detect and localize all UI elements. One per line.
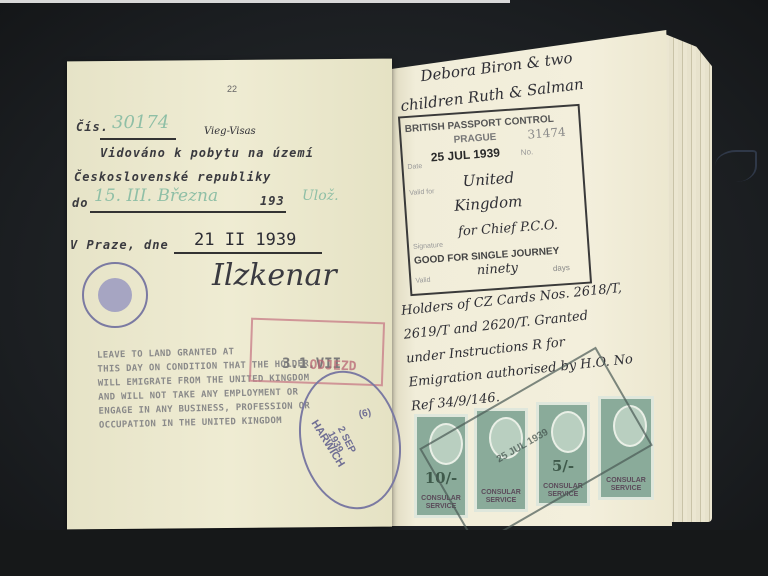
green-annotation: Ulož. (302, 188, 339, 204)
passport-book: 22 Čís. 30174 Vieg-Visas Vidováno k poby… (62, 18, 712, 533)
do-value: 15. III. Března (94, 186, 218, 206)
date-label: Date (407, 163, 422, 171)
czech-seal (82, 262, 148, 328)
cancel-date: 25 JUL 1939 (495, 427, 550, 465)
destination-line-1: United (462, 169, 515, 191)
video-top-bar (0, 0, 510, 3)
valid-label: Valid (415, 277, 430, 285)
page-marker: 22 (227, 84, 237, 94)
british-visa-box: BRITISH PASSPORT CONTROL PRAGUE 31474 Da… (398, 104, 592, 296)
visa-line-2: Československé republiky (74, 170, 271, 184)
bottom-shadow (0, 530, 768, 576)
visa-city: PRAGUE (453, 132, 496, 146)
valid-for-label: Valid for (409, 188, 435, 197)
pco-signature: for Chief P.C.O. (458, 218, 559, 240)
visa-date: 25 JUL 1939 (430, 146, 500, 165)
signature: Ilzkenar (212, 258, 337, 293)
background-scribble (715, 150, 757, 182)
days-label: days (553, 263, 570, 273)
cis-underline (100, 138, 176, 140)
visa-number: 31474 (527, 125, 566, 142)
cis-value: 30174 (112, 112, 169, 133)
date-underline (174, 252, 322, 254)
cis-label: Čís. (76, 120, 109, 134)
valid-days-value: ninety (476, 261, 518, 279)
signature-label: Signature (413, 242, 443, 251)
prague-label: V Praze, dne (70, 238, 169, 252)
harwich-code: (6) (358, 407, 372, 420)
do-label: do (72, 196, 88, 210)
stamp-label: CONSULAR SERVICE (601, 477, 651, 493)
destination-line-2: Kingdom (454, 192, 523, 215)
visa-line-1: Vidováno k pobytu na území (100, 146, 314, 160)
year-prefix: 193 (260, 194, 285, 208)
prague-date: 21 II 1939 (194, 230, 296, 250)
visa-note: Vieg-Visas (204, 126, 256, 137)
no-label: No. (520, 147, 533, 157)
do-underline (90, 211, 286, 213)
